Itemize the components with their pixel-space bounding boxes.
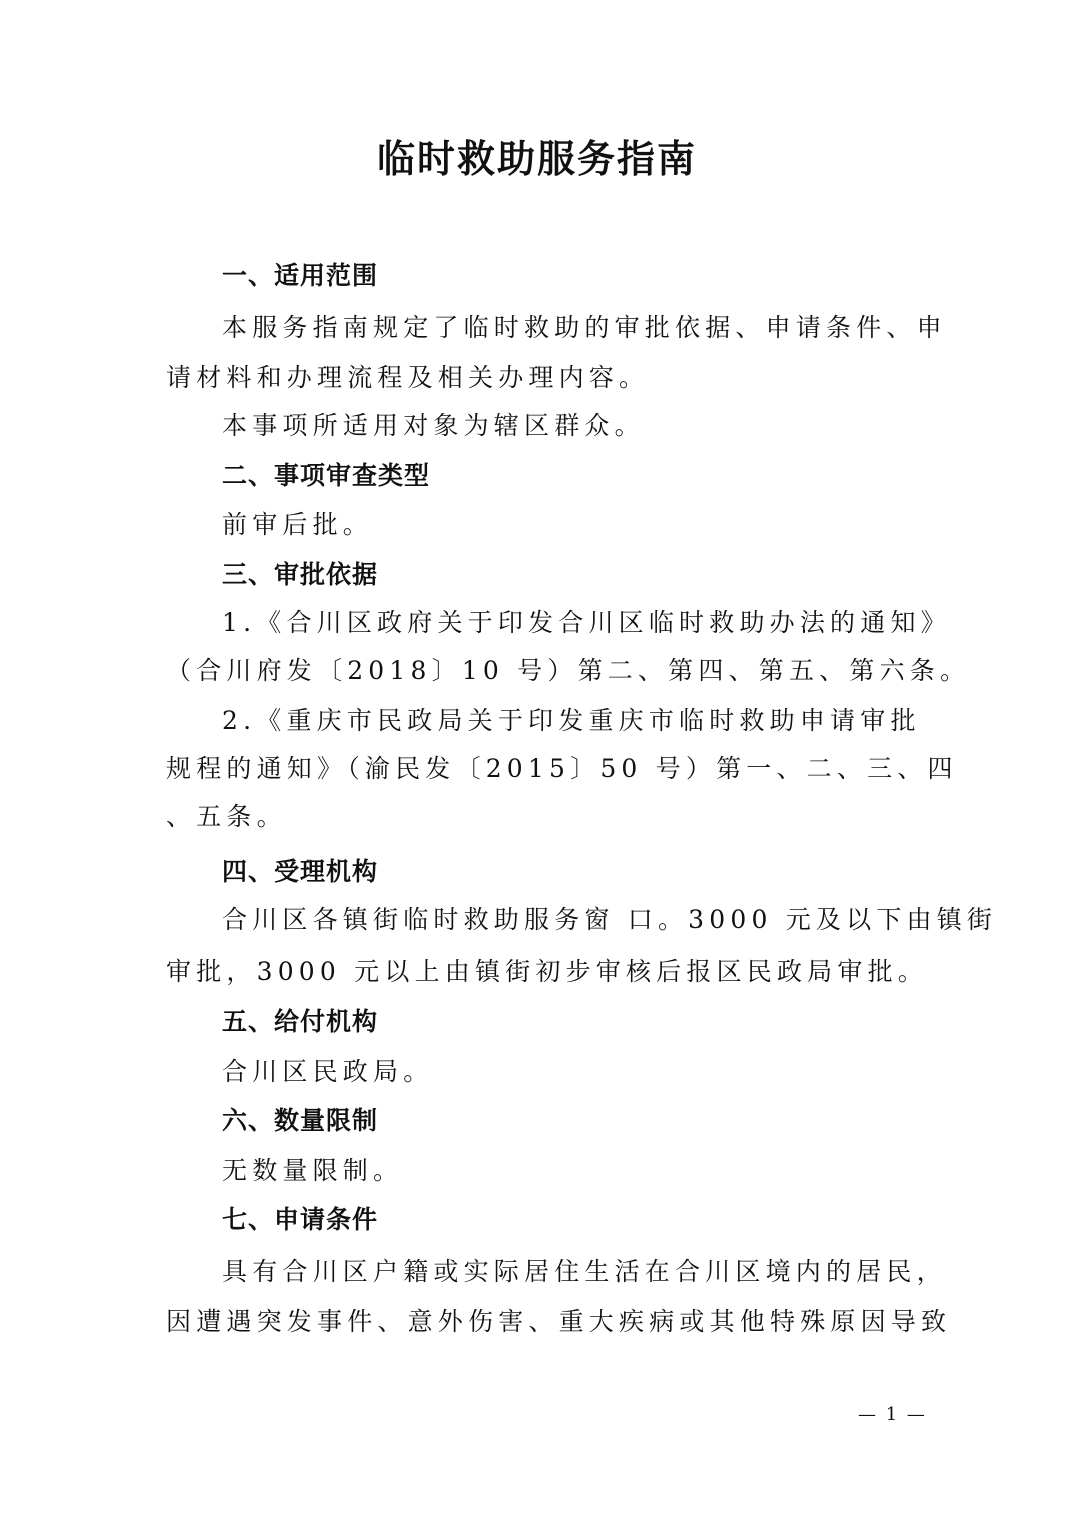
section-4-line-2: 审批，3000 元以上由镇街初步审核后报区民政局审批。: [166, 952, 928, 988]
page-number: — 1 —: [858, 1404, 927, 1425]
section-1-line-2: 请材料和办理流程及相关办理内容。: [166, 358, 649, 394]
section-1-heading: 一、适用范围: [222, 256, 378, 292]
section-6-line-1: 无数量限制。: [222, 1151, 403, 1187]
section-1-line-1: 本服务指南规定了临时救助的审批依据、申请条件、申: [222, 308, 947, 344]
section-4-heading: 四、受理机构: [222, 852, 378, 888]
section-3-line-5: 、五条。: [166, 797, 287, 833]
section-3-line-2: （合川府发〔2018〕10 号）第二、第四、第五、第六条。: [166, 651, 970, 687]
section-3-heading: 三、审批依据: [222, 555, 378, 591]
section-7-line-2: 因遭遇突发事件、意外伤害、重大疾病或其他特殊原因导致: [166, 1302, 951, 1338]
section-4-line-1: 合川区各镇街临时救助服务窗 口。3000 元及以下由镇街: [222, 900, 997, 936]
section-5-line-1: 合川区民政局。: [222, 1052, 433, 1088]
document-title: 临时救助服务指南: [0, 128, 1074, 183]
section-7-line-1: 具有合川区户籍或实际居住生活在合川区境内的居民，: [222, 1252, 947, 1288]
section-3-line-4: 规程的通知》（渝民发〔2015〕50 号）第一、二、三、四: [166, 749, 958, 785]
section-2-line-1: 前审后批。: [222, 505, 373, 541]
section-3-line-3: 2.《重庆市民政局关于印发重庆市临时救助申请审批: [222, 701, 921, 737]
section-2-heading: 二、事项审查类型: [222, 456, 430, 492]
section-6-heading: 六、数量限制: [222, 1101, 378, 1137]
section-5-heading: 五、给付机构: [222, 1002, 378, 1038]
section-7-heading: 七、申请条件: [222, 1200, 378, 1236]
section-1-line-3: 本事项所适用对象为辖区群众。: [222, 406, 645, 442]
section-3-line-1: 1.《合川区政府关于印发合川区临时救助办法的通知》: [222, 603, 951, 639]
